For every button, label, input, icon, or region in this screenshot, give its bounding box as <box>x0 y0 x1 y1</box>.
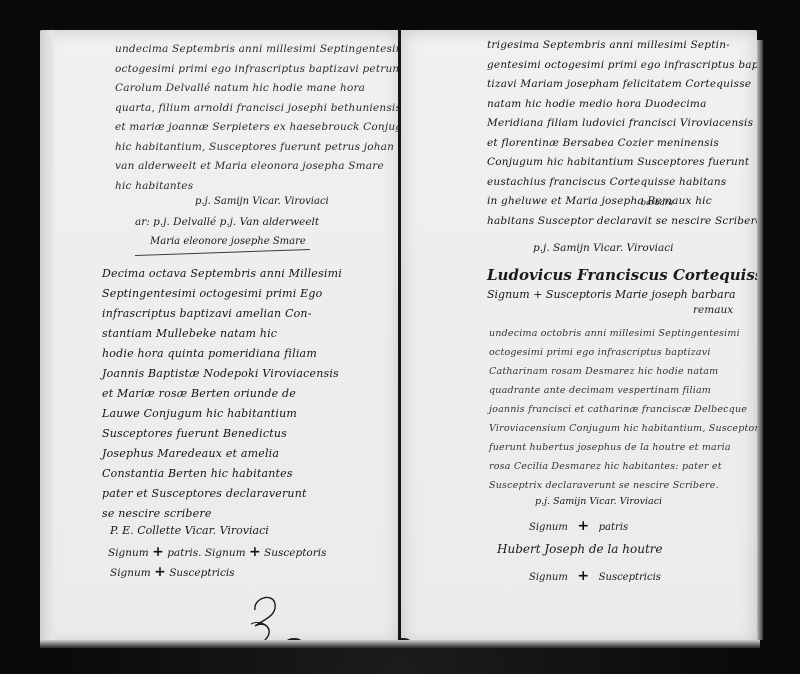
witness-signatures: ar: p.j. Delvallé p.j. Van alderweelt <box>135 216 319 228</box>
left-entry-1-text: undecima Septembris anni millesimi Septi… <box>115 40 400 196</box>
text-line: rosa Cecilia Desmarez hic habitantes: pa… <box>489 457 757 476</box>
page-edge-right <box>757 40 763 640</box>
text-line: eustachius franciscus Cortequisse habita… <box>487 173 757 193</box>
signature-flourish <box>135 249 310 256</box>
mark-role: Susceptoris <box>264 547 326 559</box>
text-line: van alderweelt et Maria eleonora josepha… <box>115 157 400 177</box>
text-line: Meridiana filiam ludovici francisci Viro… <box>487 114 757 134</box>
cross-mark-icon: + <box>154 564 166 580</box>
text-line: quadrante ante decimam vespertinam filia… <box>489 381 757 400</box>
cross-mark-icon: + <box>577 518 589 534</box>
signum-label: Signum <box>205 547 246 559</box>
text-line: Decima octava Septembris anni Millesimi <box>102 264 342 284</box>
text-line: undecima octobris anni millesimi Septing… <box>489 324 757 343</box>
text-line: Joannis Baptistæ Nodepoki Viroviacensis <box>102 364 342 384</box>
text-line: et Mariæ rosæ Berten oriunde de <box>102 384 342 404</box>
text-line: et florentinæ Bersabea Cozier meninensis <box>487 134 757 154</box>
interlinear-note: barbara <box>641 198 673 207</box>
page-edge-bottom <box>40 640 760 648</box>
text-line: octogesimi primi ego infrascriptus bapti… <box>489 343 757 362</box>
priest-signature: p.j. Samijn Vicar. Viroviaci <box>195 196 329 207</box>
text-line: joannis francisci et catharinæ franciscæ… <box>489 400 757 419</box>
mark-row-father: Signum + patris <box>529 518 628 534</box>
text-line: se nescire scribere <box>102 504 342 524</box>
mark-role: patris. <box>167 547 201 559</box>
signum-label: Signum <box>529 522 568 533</box>
mark-row-godmother: Signum + Susceptricis <box>529 568 661 584</box>
godmother-surname: remaux <box>693 304 733 316</box>
text-line: fuerunt hubertus josephus de la houtre e… <box>489 438 757 457</box>
text-line: Josephus Maredeaux et amelia <box>102 444 342 464</box>
left-entry-2-text: Decima octava Septembris anni Millesimi … <box>102 264 342 524</box>
text-line: infrascriptus baptizavi amelian Con- <box>102 304 342 324</box>
mark-row-father-godfather: Signum + patris. Signum + Susceptoris <box>108 544 327 560</box>
text-line: Susceptrix declaraverunt se nescire Scri… <box>489 476 757 495</box>
text-line: stantiam Mullebeke natam hic <box>102 324 342 344</box>
text-line: hodie hora quinta pomeridiana filiam <box>102 344 342 364</box>
text-line: Carolum Delvallé natum hic hodie mane ho… <box>115 79 400 99</box>
text-line: tizavi Mariam josepham felicitatem Corte… <box>487 75 757 95</box>
text-line: Septingentesimi octogesimi primi Ego <box>102 284 342 304</box>
right-entry-2-text: undecima octobris anni millesimi Septing… <box>489 324 757 495</box>
cross-mark-icon: + <box>577 568 589 584</box>
text-line: gentesimi octogesimi primi ego infrascri… <box>487 56 757 76</box>
right-page: trigesima Septembris anni millesimi Sept… <box>401 30 757 645</box>
left-page: undecima Septembris anni millesimi Septi… <box>40 30 400 645</box>
text-line: Catharinam rosam Desmarez hic hodie nata… <box>489 362 757 381</box>
mark-role: patris <box>599 522 629 533</box>
text-line: Viroviacensium Conjugum hic habitantium,… <box>489 419 757 438</box>
mark-row-godmother: Signum + Susceptricis <box>110 564 235 580</box>
text-line: undecima Septembris anni millesimi Septi… <box>115 40 400 60</box>
cross-mark-icon: + <box>152 544 164 560</box>
priest-signature: p.j. Samijn Vicar. Viroviaci <box>535 496 662 507</box>
godmother-signature: Maria eleonore josephe Smare <box>150 236 306 247</box>
text-line: trigesima Septembris anni millesimi Sept… <box>487 36 757 56</box>
text-line: quarta, filium arnoldi francisci josephi… <box>115 99 400 119</box>
text-line: in gheluwe et Maria josepha Remaux hic <box>487 192 757 212</box>
signum-label: Signum <box>529 572 568 583</box>
text-line: Conjugum hic habitantium Susceptores fue… <box>487 153 757 173</box>
text-line: hic habitantium, Susceptores fuerunt pet… <box>115 138 400 158</box>
text-line: hic habitantes <box>115 177 400 197</box>
father-signature: Ludovicus Franciscus Cortequisse <box>487 266 757 284</box>
text-line: Susceptores fuerunt Benedictus <box>102 424 342 444</box>
folio-number-mark <box>245 590 285 645</box>
text-line: natam hic hodie medio hora Duodecima <box>487 95 757 115</box>
text-line: et mariæ joannæ Serpieters ex haesebrouc… <box>115 118 400 138</box>
text-line: habitans Susceptor declaravit se nescire… <box>487 212 757 232</box>
right-entry-1-text: trigesima Septembris anni millesimi Sept… <box>487 36 757 231</box>
text-line: pater et Susceptores declaraverunt <box>102 484 342 504</box>
text-line: Lauwe Conjugum hic habitantium <box>102 404 342 424</box>
godparent-mark-row: Signum + Susceptoris Marie joseph barbar… <box>487 288 736 301</box>
godfather-signature: Hubert Joseph de la houtre <box>497 542 663 556</box>
text-line: octogesimi primi ego infrascriptus bapti… <box>115 60 400 80</box>
text-line: Constantia Berten hic habitantes <box>102 464 342 484</box>
priest-signature: P. E. Collette Vicar. Viroviaci <box>110 524 269 537</box>
mark-role: Susceptricis <box>169 567 234 579</box>
cross-mark-icon: + <box>249 544 261 560</box>
priest-signature: p.j. Samijn Vicar. Viroviaci <box>533 242 673 254</box>
mark-role: Susceptricis <box>599 572 661 583</box>
signum-label: Signum <box>108 547 149 559</box>
signum-label: Signum <box>110 567 151 579</box>
